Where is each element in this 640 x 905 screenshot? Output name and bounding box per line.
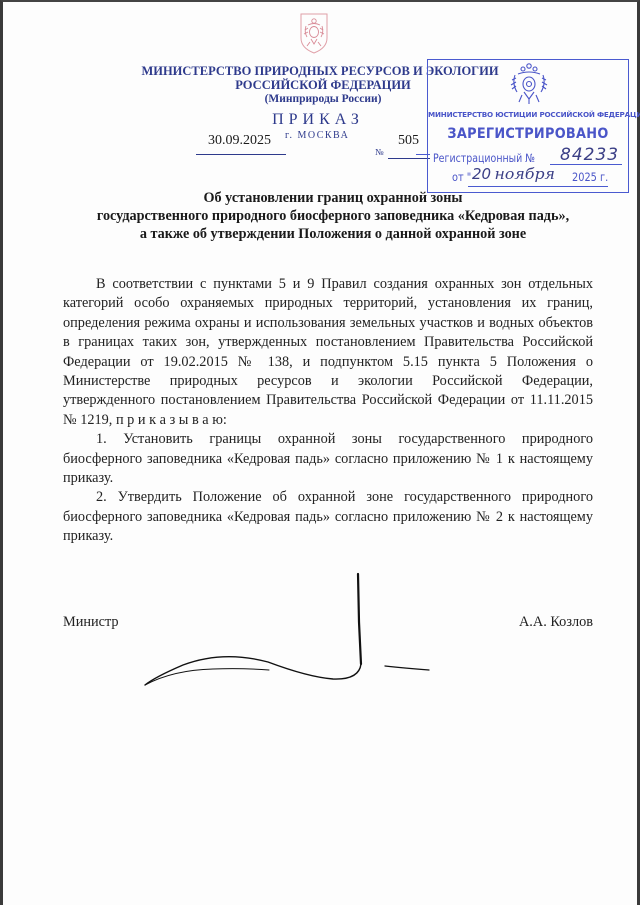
title-line3: а также об утверждении Положения о данно… bbox=[63, 225, 603, 243]
stamp-date-year: 2025 г. bbox=[572, 170, 608, 184]
signer-title: Министр bbox=[63, 614, 119, 631]
signer-name: А.А. Козлов bbox=[519, 614, 593, 631]
document-city: г. МОСКВА bbox=[285, 130, 349, 141]
number-underline bbox=[388, 158, 430, 159]
stamp-reg-number: 84233 bbox=[560, 145, 619, 165]
number-sign: № bbox=[375, 147, 384, 157]
document-date: 30.09.2025 bbox=[208, 133, 271, 149]
stamp-status: ЗАРЕГИСТРИРОВАНО bbox=[436, 126, 620, 142]
order-item-2: 2. Утвердить Положение об охранной зоне … bbox=[63, 488, 593, 546]
document-title: Об установлении границ охранной зоны гос… bbox=[63, 189, 603, 243]
stamp-date-month: ноября bbox=[495, 165, 555, 183]
handwritten-signature bbox=[133, 562, 433, 702]
stamp-date-day: 20 bbox=[472, 165, 491, 183]
stamp-date-underline bbox=[468, 186, 608, 187]
preamble-paragraph: В соответствии с пунктами 5 и 9 Правил с… bbox=[63, 275, 593, 430]
stamp-tick-line bbox=[416, 154, 430, 155]
stamp-ministry-name: МИНИСТЕРСТВО ЮСТИЦИИ РОССИЙСКОЙ ФЕДЕРАЦИ… bbox=[428, 110, 628, 119]
document-type: ПРИКАЗ bbox=[203, 111, 433, 129]
title-line2: государственного природного биосферного … bbox=[63, 207, 603, 225]
stamp-reg-label: Регистрационный № bbox=[433, 151, 535, 165]
title-line1: Об установлении границ охранной зоны bbox=[63, 189, 603, 207]
document-page: МИНИСТЕРСТВО ПРИРОДНЫХ РЕСУРСОВ И ЭКОЛОГ… bbox=[0, 0, 640, 905]
registration-stamp: МИНИСТЕРСТВО ЮСТИЦИИ РОССИЙСКОЙ ФЕДЕРАЦИ… bbox=[427, 59, 629, 193]
stamp-reg-underline bbox=[550, 164, 622, 165]
document-number: 505 bbox=[398, 133, 419, 149]
order-item-1: 1. Установить границы охранной зоны госу… bbox=[63, 430, 593, 488]
stamp-date-prefix: от " bbox=[452, 170, 471, 184]
stamp-coat-of-arms-icon bbox=[510, 62, 548, 106]
date-underline bbox=[196, 154, 286, 155]
document-body: В соответствии с пунктами 5 и 9 Правил с… bbox=[63, 275, 593, 547]
coat-of-arms-icon bbox=[299, 12, 329, 54]
